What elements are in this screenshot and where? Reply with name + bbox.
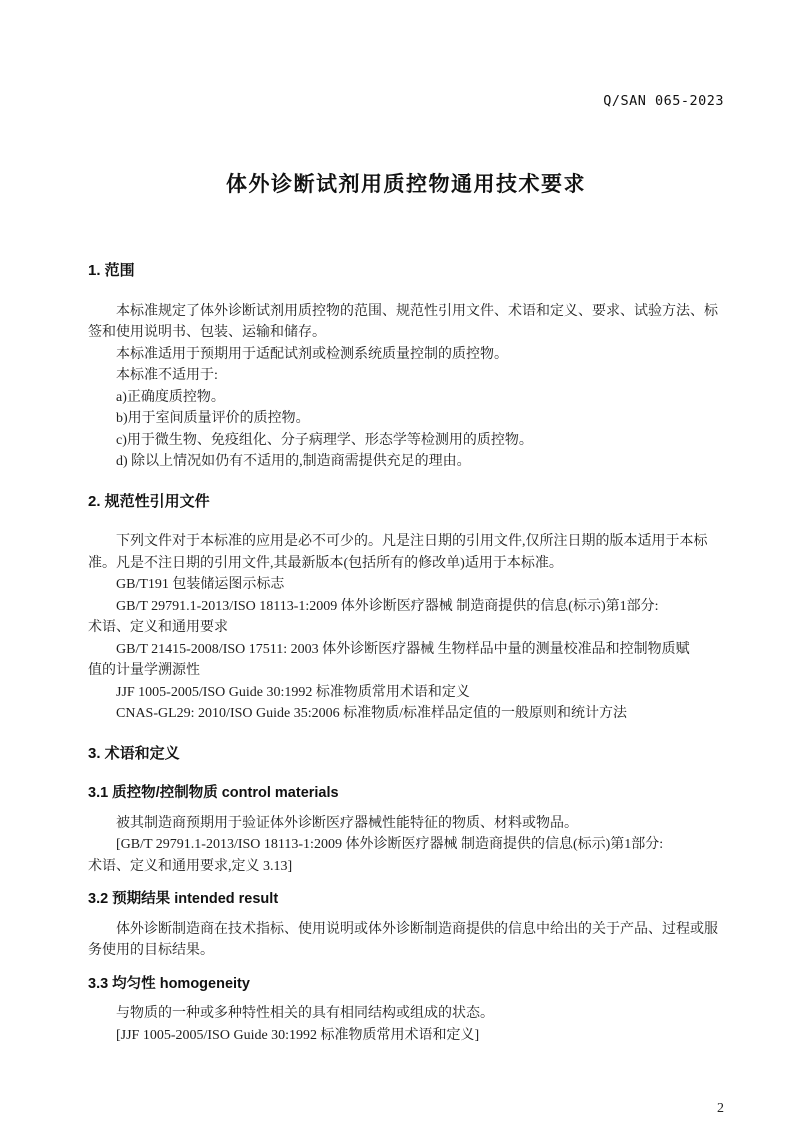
list-item-b: b)用于室间质量评价的质控物。 — [88, 408, 724, 430]
document-content: 体外诊断试剂用质控物通用技术要求 1. 范围 本标准规定了体外诊断试剂用质控物的… — [0, 0, 800, 1046]
reference-item-continuation: 值的计量学溯源性 — [88, 660, 724, 682]
text-line: 本标准规定了体外诊断试剂用质控物的范围、规范性引用文件、术语和定义、要求、试验方… — [88, 301, 724, 323]
page-title: 体外诊断试剂用质控物通用技术要求 — [88, 172, 724, 198]
section-3-3-heading: 3.3 均匀性 homogeneity — [88, 974, 724, 996]
reference-item: GB/T191 包装储运图示标志 — [88, 574, 724, 596]
section-3-2-heading: 3.2 预期结果 intended result — [88, 889, 724, 911]
section-scope: 1. 范围 本标准规定了体外诊断试剂用质控物的范围、规范性引用文件、术语和定义、… — [88, 260, 724, 473]
reference-item: GB/T 29791.1-2013/ISO 18113-1:2009 体外诊断医… — [88, 596, 724, 618]
text-line: 被其制造商预期用于验证体外诊断医疗器械性能特征的物质、材料或物品。 — [88, 813, 724, 835]
section-terms-definitions: 3. 术语和定义 — [88, 743, 724, 765]
document-page: Q/SAN 065-2023 体外诊断试剂用质控物通用技术要求 1. 范围 本标… — [0, 0, 800, 1131]
reference-item: GB/T 21415-2008/ISO 17511: 2003 体外诊断医疗器械… — [88, 639, 724, 661]
section-1-heading: 1. 范围 — [88, 260, 724, 282]
reference-item-continuation: 术语、定义和通用要求 — [88, 617, 724, 639]
section-3-1-heading: 3.1 质控物/控制物质 control materials — [88, 783, 724, 805]
list-item-c: c)用于微生物、免疫组化、分子病理学、形态学等检测用的质控物。 — [88, 430, 724, 452]
text-line: 体外诊断制造商在技术指标、使用说明或体外诊断制造商提供的信息中给出的关于产品、过… — [88, 919, 724, 941]
reference-item: CNAS-GL29: 2010/ISO Guide 35:2006 标准物质/标… — [88, 703, 724, 725]
section-term-intended-result: 3.2 预期结果 intended result 体外诊断制造商在技术指标、使用… — [88, 889, 724, 962]
text-line: 签和使用说明书、包装、运输和储存。 — [88, 322, 724, 344]
page-number: 2 — [717, 1101, 724, 1117]
section-normative-references: 2. 规范性引用文件 下列文件对于本标准的应用是必不可少的。凡是注日期的引用文件… — [88, 491, 724, 725]
section-2-heading: 2. 规范性引用文件 — [88, 491, 724, 513]
text-line: 本标准不适用于: — [88, 365, 724, 387]
doc-number: Q/SAN 065-2023 — [603, 93, 724, 109]
text-line: [GB/T 29791.1-2013/ISO 18113-1:2009 体外诊断… — [88, 834, 724, 856]
text-line: 务使用的目标结果。 — [88, 940, 724, 962]
section-term-homogeneity: 3.3 均匀性 homogeneity 与物质的一种或多种特性相关的具有相同结构… — [88, 974, 724, 1047]
text-line: 术语、定义和通用要求,定义 3.13] — [88, 856, 724, 878]
section-3-heading: 3. 术语和定义 — [88, 743, 724, 765]
list-item-d: d) 除以上情况如仍有不适用的,制造商需提供充足的理由。 — [88, 451, 724, 473]
text-line: 本标准适用于预期用于适配试剂或检测系统质量控制的质控物。 — [88, 344, 724, 366]
text-line: [JJF 1005-2005/ISO Guide 30:1992 标准物质常用术… — [88, 1025, 724, 1047]
text-line: 下列文件对于本标准的应用是必不可少的。凡是注日期的引用文件,仅所注日期的版本适用… — [88, 531, 724, 553]
text-line: 与物质的一种或多种特性相关的具有相同结构或组成的状态。 — [88, 1003, 724, 1025]
section-term-control-materials: 3.1 质控物/控制物质 control materials 被其制造商预期用于… — [88, 783, 724, 877]
text-line: 准。凡是不注日期的引用文件,其最新版本(包括所有的修改单)适用于本标准。 — [88, 553, 724, 575]
reference-item: JJF 1005-2005/ISO Guide 30:1992 标准物质常用术语… — [88, 682, 724, 704]
list-item-a: a)正确度质控物。 — [88, 387, 724, 409]
